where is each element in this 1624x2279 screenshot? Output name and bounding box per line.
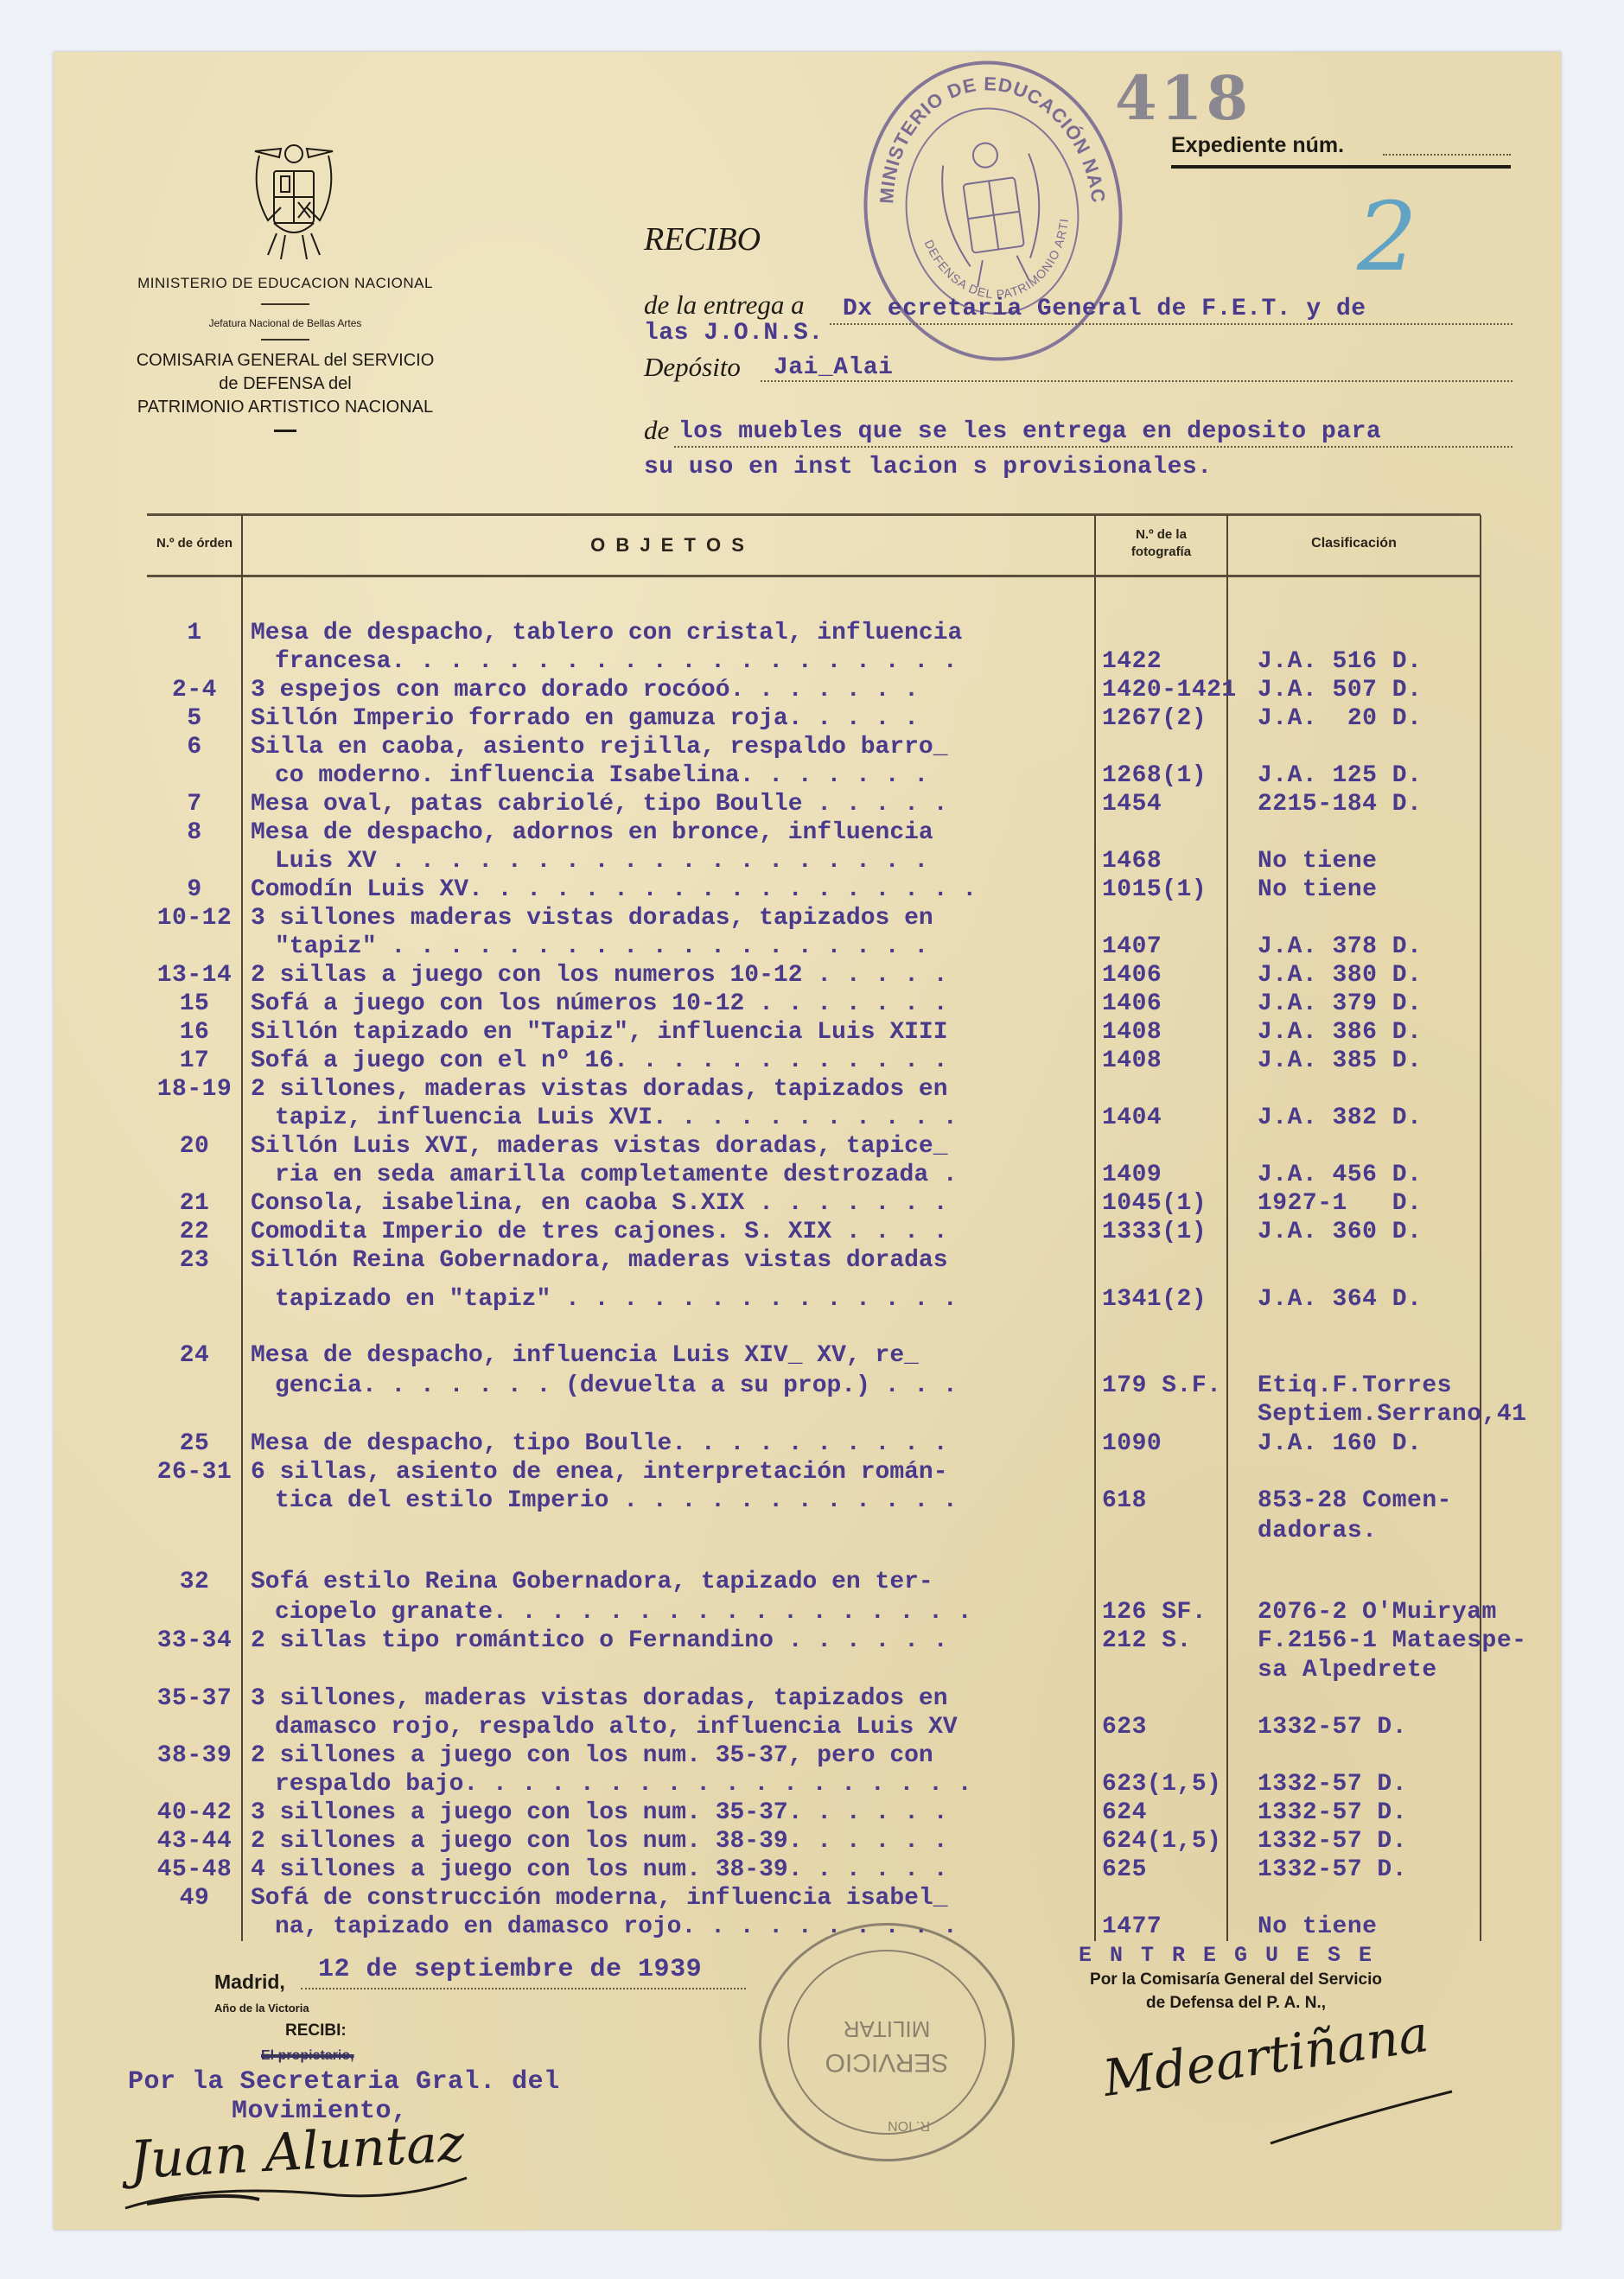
- row-description: Sofá a juego con el nº 16. . . . . . . .…: [251, 1047, 948, 1074]
- purpose-line-1: los muebles que se les entrega en deposi…: [678, 418, 1381, 445]
- entrega-value-line-2: las J.O.N.S.: [644, 320, 824, 347]
- signature-flourish: [121, 2169, 484, 2221]
- row-classification: 1332-57 D.: [1258, 1856, 1407, 1883]
- row-description: 4 sillones a juego con los num. 38-39. .…: [251, 1856, 948, 1883]
- row-description: 3 sillones a juego con los num. 35-37. .…: [251, 1799, 948, 1826]
- org-line-1: Por la Comisaría General del Servicio: [1046, 1970, 1426, 1989]
- signer-line-1: Por la Secretaria Gral. del: [128, 2067, 560, 2097]
- row-photo-number: 179 S.F.: [1102, 1372, 1221, 1399]
- deposito-value: Jai_Alai: [774, 354, 893, 381]
- row-classification: F.2156-1 Mataespe-: [1258, 1627, 1526, 1654]
- city-label: Madrid,: [214, 1970, 285, 1994]
- recibi-label: RECIBI:: [285, 2021, 347, 2040]
- row-photo-number: 1406: [1102, 990, 1162, 1017]
- row-classification: J.A. 386 D.: [1258, 1019, 1422, 1046]
- row-description: Sillón tapizado en "Tapiz", influencia L…: [251, 1019, 948, 1046]
- row-description: 2 sillones a juego con los num. 35-37, p…: [251, 1742, 933, 1769]
- row-photo-number: 1341(2): [1102, 1286, 1207, 1313]
- row-classification: J.A. 379 D.: [1258, 990, 1422, 1017]
- stamp-number: 418: [1115, 62, 1251, 134]
- expediente-handwritten-number: 2: [1357, 181, 1417, 292]
- row-number: 13-14: [149, 962, 240, 989]
- row-number: 49: [149, 1885, 240, 1912]
- deposito-label: Depósito: [644, 352, 741, 383]
- row-photo-number: 1454: [1102, 791, 1162, 818]
- row-classification: Septiem.Serrano,41: [1258, 1401, 1526, 1428]
- letterhead: MINISTERIO DE EDUCACION NACIONAL Jefatur…: [104, 268, 467, 432]
- row-photo-number: 623: [1102, 1714, 1147, 1741]
- row-description: Sillón Imperio forrado en gamuza roja. .…: [251, 705, 919, 732]
- row-description: 2 sillones, maderas vistas doradas, tapi…: [251, 1076, 948, 1103]
- row-description: Comodín Luis XV. . . . . . . . . . . . .…: [251, 876, 977, 903]
- expediente-underline: [1171, 165, 1511, 169]
- comisaria-line-3: PATRIMONIO ARTISTICO NACIONAL: [104, 398, 467, 417]
- row-photo-number: 1408: [1102, 1019, 1162, 1046]
- recibo-title: RECIBO: [644, 220, 761, 258]
- row-description: 3 sillones maderas vistas doradas, tapiz…: [251, 905, 933, 932]
- row-photo-number: 624: [1102, 1799, 1147, 1826]
- row-number: 17: [149, 1047, 240, 1074]
- row-number: 33-34: [149, 1627, 240, 1654]
- de-label: de: [644, 415, 669, 446]
- row-classification: J.A. 516 D.: [1258, 648, 1422, 675]
- row-photo-number: 1090: [1102, 1430, 1162, 1457]
- divider: [261, 339, 309, 341]
- row-photo-number: 1015(1): [1102, 876, 1207, 903]
- row-description: Sillón Reina Gobernadora, maderas vistas…: [251, 1247, 948, 1274]
- row-description: Sofá estilo Reina Gobernadora, tapizado …: [251, 1569, 933, 1595]
- row-number: 32: [149, 1569, 240, 1595]
- row-classification: J.A. 385 D.: [1258, 1047, 1422, 1074]
- comisaria-line-2: de DEFENSA del: [104, 374, 467, 394]
- row-number: 25: [149, 1430, 240, 1457]
- row-photo-number: 1468: [1102, 848, 1162, 875]
- row-description: 3 sillones, maderas vistas doradas, tapi…: [251, 1685, 948, 1712]
- row-number: 20: [149, 1133, 240, 1160]
- row-number: 22: [149, 1219, 240, 1245]
- row-description: 6 sillas, asiento de enea, interpretació…: [251, 1459, 948, 1486]
- row-photo-number: 624(1,5): [1102, 1828, 1221, 1855]
- row-description: Silla en caoba, asiento rejilla, respald…: [251, 734, 948, 761]
- signature-flourish: [1262, 2083, 1469, 2152]
- divider: [261, 303, 309, 305]
- stamp-inner-line-2: MILITAR: [822, 2015, 952, 2042]
- row-number: 15: [149, 990, 240, 1017]
- row-classification: 853-28 Comen-: [1258, 1487, 1452, 1514]
- struck-proprietor-label: El propietario,: [261, 2048, 354, 2064]
- header-clasificacion: Clasificación: [1228, 536, 1480, 551]
- row-description: Consola, isabelina, en caoba S.XIX . . .…: [251, 1190, 948, 1217]
- row-number: 2-4: [149, 677, 240, 703]
- row-description: Luis XV . . . . . . . . . . . . . . . . …: [275, 848, 928, 875]
- row-description: "tapiz" . . . . . . . . . . . . . . . . …: [275, 933, 928, 960]
- row-classification: J.A. 360 D.: [1258, 1219, 1422, 1245]
- row-classification: J.A. 380 D.: [1258, 962, 1422, 989]
- row-description: Sofá a juego con los números 10-12 . . .…: [251, 990, 948, 1017]
- row-number: 21: [149, 1190, 240, 1217]
- row-description: Mesa de despacho, influencia Luis XIV_ X…: [251, 1342, 919, 1369]
- row-description: Sillón Luis XVI, maderas vistas doradas,…: [251, 1133, 948, 1160]
- row-photo-number: 625: [1102, 1856, 1147, 1883]
- stamp-inner-line-1: SERVICIO: [822, 2047, 952, 2077]
- table-header-rule: [147, 575, 1481, 577]
- row-classification: J.A. 20 D.: [1258, 705, 1422, 732]
- row-number: 23: [149, 1247, 240, 1274]
- row-classification: J.A. 378 D.: [1258, 933, 1422, 960]
- entreguese-label: E N T R E G U E S E: [1079, 1943, 1374, 1968]
- row-description: 2 sillones a juego con los num. 38-39. .…: [251, 1828, 948, 1855]
- row-photo-number: 212 S.: [1102, 1627, 1192, 1654]
- date-dotted-field: [301, 1988, 746, 1989]
- row-classification: No tiene: [1258, 848, 1377, 875]
- row-description: ria en seda amarilla completamente destr…: [275, 1162, 958, 1188]
- row-description: Mesa de despacho, tipo Boulle. . . . . .…: [251, 1430, 948, 1457]
- row-classification: J.A. 160 D.: [1258, 1430, 1422, 1457]
- row-photo-number: 1477: [1102, 1913, 1162, 1940]
- row-classification: Etiq.F.Torres: [1258, 1372, 1452, 1399]
- row-photo-number: 1420-1421: [1102, 677, 1237, 703]
- row-description: 3 espejos con marco dorado rocóoó. . . .…: [251, 677, 919, 703]
- row-number: 24: [149, 1342, 240, 1369]
- row-number: 5: [149, 705, 240, 732]
- row-photo-number: 1333(1): [1102, 1219, 1207, 1245]
- row-number: 7: [149, 791, 240, 818]
- row-classification: 1332-57 D.: [1258, 1714, 1407, 1741]
- table-top-rule: [147, 513, 1481, 516]
- row-photo-number: 1422: [1102, 648, 1162, 675]
- row-photo-number: 1404: [1102, 1104, 1162, 1131]
- row-description: Mesa de despacho, tablero con cristal, i…: [251, 620, 962, 646]
- row-number: 9: [149, 876, 240, 903]
- expediente-label: Expediente núm.: [1171, 133, 1344, 158]
- row-classification: No tiene: [1258, 1913, 1377, 1940]
- row-classification: J.A. 125 D.: [1258, 762, 1422, 789]
- row-number: 1: [149, 620, 240, 646]
- header-orden: N.º de órden: [149, 536, 240, 551]
- row-description: Mesa de despacho, adornos en bronce, inf…: [251, 819, 933, 846]
- row-number: 16: [149, 1019, 240, 1046]
- column-divider: [1094, 515, 1096, 1941]
- row-classification: dadoras.: [1258, 1518, 1377, 1544]
- row-classification: 1332-57 D.: [1258, 1771, 1407, 1798]
- row-photo-number: 1409: [1102, 1162, 1162, 1188]
- row-description: co moderno. influencia Isabelina. . . . …: [275, 762, 928, 789]
- row-photo-number: 126 SF.: [1102, 1599, 1207, 1626]
- row-classification: 2076-2 O'Muiryam: [1258, 1599, 1497, 1626]
- jefatura-name: Jefatura Nacional de Bellas Artes: [104, 317, 467, 329]
- row-classification: 1332-57 D.: [1258, 1799, 1407, 1826]
- row-number: 43-44: [149, 1828, 240, 1855]
- row-description: Mesa oval, patas cabriolé, tipo Boulle .…: [251, 791, 948, 818]
- row-description: francesa. . . . . . . . . . . . . . . . …: [275, 648, 958, 675]
- row-photo-number: 1406: [1102, 962, 1162, 989]
- row-photo-number: 1268(1): [1102, 762, 1207, 789]
- column-divider: [1480, 515, 1481, 1941]
- ministry-stamp: MINISTERIO DE EDUCACIÓN NACIONAL DEFENSA…: [844, 44, 1142, 378]
- row-number: 26-31: [149, 1459, 240, 1486]
- row-number: 35-37: [149, 1685, 240, 1712]
- entrega-label: de la entrega a: [644, 290, 805, 321]
- date-value: 12 de septiembre de 1939: [318, 1955, 702, 1984]
- row-number: 18-19: [149, 1076, 240, 1103]
- row-classification: 1332-57 D.: [1258, 1828, 1407, 1855]
- row-photo-number: 1045(1): [1102, 1190, 1207, 1217]
- row-photo-number: 1407: [1102, 933, 1162, 960]
- row-number: 10-12: [149, 905, 240, 932]
- row-classification: 1927-1 D.: [1258, 1190, 1422, 1217]
- ministry-name: MINISTERIO DE EDUCACION NACIONAL: [104, 275, 467, 292]
- row-description: gencia. . . . . . . (devuelta a su prop.…: [275, 1372, 958, 1399]
- header-foto-line-1: N.º de la: [1096, 527, 1226, 542]
- row-classification: J.A. 507 D.: [1258, 677, 1422, 703]
- row-photo-number: 1408: [1102, 1047, 1162, 1074]
- row-description: Sofá de construcción moderna, influencia…: [251, 1885, 948, 1912]
- row-number: 6: [149, 734, 240, 761]
- purpose-line-2: su uso en inst lacion s provisionales.: [644, 454, 1213, 481]
- row-number: 38-39: [149, 1742, 240, 1769]
- header-objetos: O B J E T O S: [243, 534, 1094, 557]
- entrega-dotted-field: [830, 323, 1513, 325]
- entrega-value-line-1: Dx ecretaria General de F.E.T. y de: [843, 296, 1366, 322]
- row-description: 2 sillas tipo romántico o Fernandino . .…: [251, 1627, 948, 1654]
- row-classification: 2215-184 D.: [1258, 791, 1422, 818]
- row-photo-number: 1267(2): [1102, 705, 1207, 732]
- expediente-dotted-field: [1383, 154, 1511, 156]
- divider: [274, 430, 296, 432]
- comisaria-line-1: COMISARIA GENERAL del SERVICIO: [104, 351, 467, 371]
- row-description: damasco rojo, respaldo alto, influencia …: [275, 1714, 958, 1741]
- header-foto-line-2: fotografía: [1096, 544, 1226, 559]
- row-classification: No tiene: [1258, 876, 1377, 903]
- row-description: 2 sillas a juego con los numeros 10-12 .…: [251, 962, 948, 989]
- row-description: Comodita Imperio de tres cajones. S. XIX…: [251, 1219, 948, 1245]
- row-classification: J.A. 382 D.: [1258, 1104, 1422, 1131]
- year-label: Año de la Victoria: [214, 2002, 309, 2015]
- row-number: 45-48: [149, 1856, 240, 1883]
- row-classification: J.A. 364 D.: [1258, 1286, 1422, 1313]
- row-description: tica del estilo Imperio . . . . . . . . …: [275, 1487, 958, 1514]
- purpose-dotted-field: [674, 446, 1513, 448]
- row-description: tapiz, influencia Luis XVI. . . . . . . …: [275, 1104, 958, 1131]
- column-divider: [1226, 515, 1228, 1941]
- row-description: respaldo bajo. . . . . . . . . . . . . .…: [275, 1771, 972, 1798]
- eagle-coat-of-arms-icon: [246, 138, 341, 268]
- military-service-stamp: SERVICIO MILITAR R. ION: [759, 1923, 1015, 2161]
- row-photo-number: 623(1,5): [1102, 1771, 1221, 1798]
- row-classification: sa Alpedrete: [1258, 1657, 1437, 1684]
- org-line-2: de Defensa del P. A. N.,: [1046, 1994, 1426, 2013]
- row-description: ciopelo granate. . . . . . . . . . . . .…: [275, 1599, 972, 1626]
- row-photo-number: 618: [1102, 1487, 1147, 1514]
- column-divider: [241, 515, 243, 1941]
- row-number: 40-42: [149, 1799, 240, 1826]
- row-number: 8: [149, 819, 240, 846]
- row-classification: J.A. 456 D.: [1258, 1162, 1422, 1188]
- row-description: tapizado en "tapiz" . . . . . . . . . . …: [275, 1286, 958, 1313]
